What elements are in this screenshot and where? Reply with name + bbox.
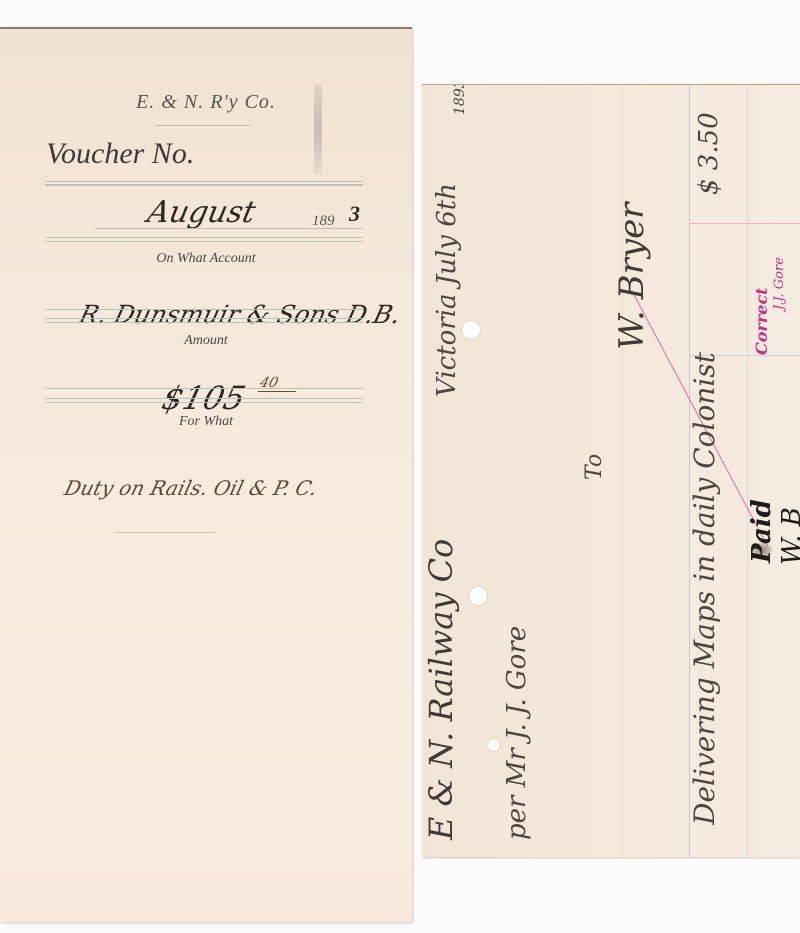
amount-handwritten: $ 3.50 — [694, 112, 724, 195]
paid-stamp: Paid — [747, 499, 777, 563]
divider — [45, 237, 363, 242]
approval-initials: J.J. Gore — [772, 257, 787, 310]
payee-handwritten: W. Bryer — [612, 203, 652, 350]
amount-label: Amount — [0, 333, 412, 349]
per-handwritten: per Mr J. J. Gore — [502, 626, 532, 840]
for-what-handwritten: Duty on Rails. Oil & P. C. — [62, 476, 320, 500]
description-handwritten: Delivering Maps in daily Colonist — [688, 352, 721, 825]
punch-hole — [462, 321, 480, 339]
date-year-handwritten: 3 — [349, 201, 360, 227]
divider — [45, 181, 363, 186]
voucher-number-label: Voucher No. — [46, 137, 194, 171]
punch-hole — [488, 739, 500, 751]
company-heading: E. & N. R'y Co. — [0, 91, 412, 114]
company-handwritten: E & N. Railway Co — [422, 539, 460, 840]
paper-fold — [622, 85, 623, 857]
red-rule — [690, 223, 800, 224]
date-line — [95, 228, 363, 229]
ruled-line — [747, 85, 748, 857]
amount-cents-handwritten: 40 — [258, 375, 300, 392]
approval-correct: Correct — [752, 287, 771, 355]
year-handwritten: 1893 — [452, 84, 468, 115]
heading-rule — [155, 125, 250, 126]
amount-line — [45, 388, 363, 389]
divider — [45, 398, 363, 403]
divider — [45, 318, 363, 323]
to-handwritten: To — [582, 454, 607, 480]
account-value-handwritten: R. Dunsmuir & Sons D.B. — [76, 300, 403, 329]
punch-hole — [469, 587, 487, 605]
date-month-handwritten: August — [144, 195, 258, 230]
paid-signature: W. B — [777, 507, 800, 565]
voucher-document: E. & N. R'y Co. Voucher No. August 189 3… — [0, 27, 412, 922]
signature-line — [115, 532, 215, 533]
account-line — [45, 309, 363, 310]
account-label: On What Account — [0, 251, 412, 267]
receipt-document: Victoria July 6th 1893 E & N. Railway Co… — [422, 84, 800, 857]
place-date-handwritten: Victoria July 6th — [432, 183, 462, 397]
for-what-label: For What — [0, 414, 412, 430]
